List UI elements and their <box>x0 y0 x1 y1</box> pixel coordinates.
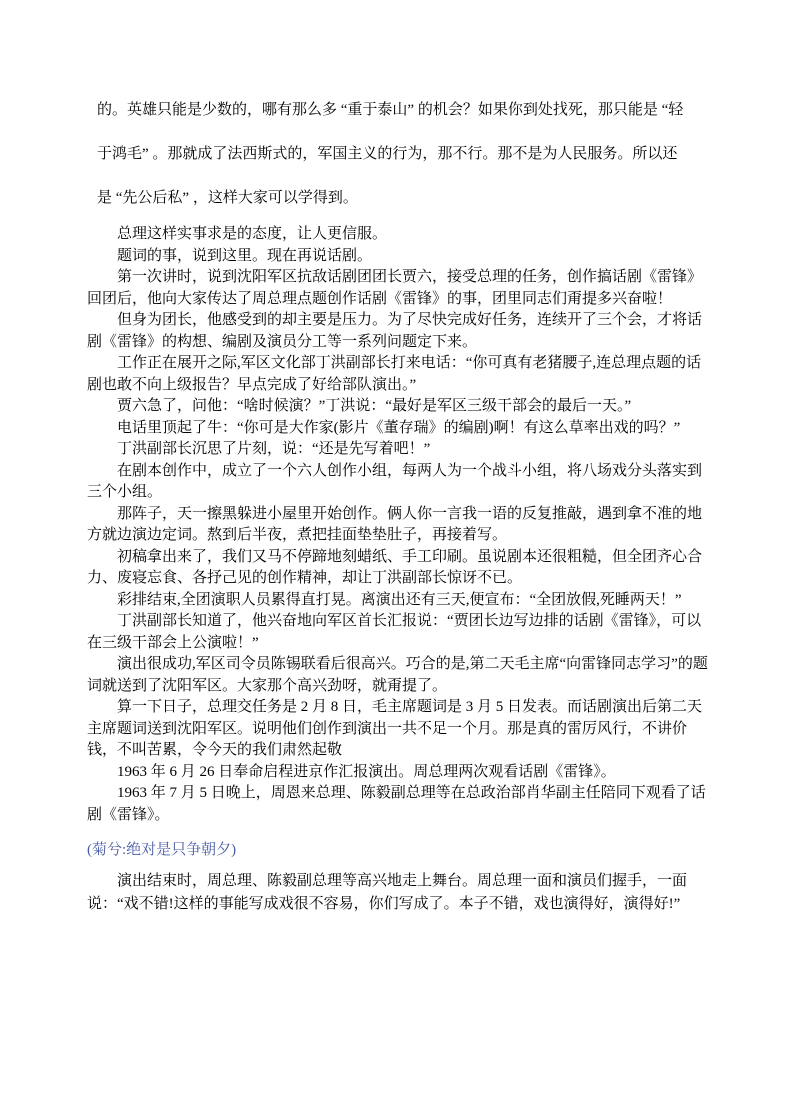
paragraph: 题词的事，说到这里。现在再说话剧。 <box>87 246 713 268</box>
paragraph: 工作正在展开之际,军区文化部丁洪副部长打来电话：“你可真有老猪腰子,连总理点题的… <box>87 353 713 396</box>
paragraph: 丁洪副部长沉思了片刻，说：“还是先写着吧！” <box>87 439 713 461</box>
paragraph: 算一下日子，总理交任务是 2 月 8 日，毛主席题词是 3 月 5 日发表。而话… <box>87 697 713 762</box>
paragraph: 演出很成功,军区司令员陈锡联看后很高兴。巧合的是,第二天毛主席“向雷锋同志学习”… <box>87 654 713 697</box>
paragraph: 在剧本创作中，成立了一个六人创作小组，每两人为一个战斗小组，将八场戏分头落实到三… <box>87 461 713 504</box>
paragraph: 初稿拿出来了，我们又马不停蹄地刻蜡纸、手工印刷。虽说剧本还很粗糙，但全团齐心合力… <box>87 547 713 590</box>
document-body: 的。英雄只能是少数的，哪有那么多 “重于泰山” 的机会？如果你到处找死，那只能是… <box>87 88 713 916</box>
caption-note: (菊兮:绝对是只争朝夕) <box>87 840 713 861</box>
paragraph: 电话里顶起了牛：“你可是大作家(影片《董存瑞》的编剧)啊！有这么草率出戏的吗？” <box>87 418 713 440</box>
paragraph: 1963 年 6 月 26 日奉命启程进京作汇报演出。周总理两次观看话剧《雷锋》… <box>87 762 713 784</box>
paragraph: 第一次讲时，说到沈阳军区抗敌话剧团团长贾六，接受总理的任务，创作搞话剧《雷锋》回… <box>87 267 713 310</box>
paragraph: 总理这样实事求是的态度，让人更信服。 <box>87 224 713 246</box>
paragraph: 那阵子，天一擦黑躲进小屋里开始创作。俩人你一言我一语的反复推敲，遇到拿不准的地方… <box>87 504 713 547</box>
paragraph: 贾六急了，问他：“啥时候演？”丁洪说：“最好是军区三级干部会的最后一天。” <box>87 396 713 418</box>
intro-paragraph: 的。英雄只能是少数的，哪有那么多 “重于泰山” 的机会？如果你到处找死，那只能是… <box>97 88 691 220</box>
paragraph: 但身为团长，他感受到的却主要是压力。为了尽快完成好任务，连续开了三个会，才将话剧… <box>87 310 713 353</box>
document-page: 的。英雄只能是少数的，哪有那么多 “重于泰山” 的机会？如果你到处找死，那只能是… <box>0 0 800 1100</box>
paragraph: 1963 年 7 月 5 日晚上，周恩来总理、陈毅副总理等在总政治部肖华副主任陪… <box>87 783 713 826</box>
paragraph: 丁洪副部长知道了，他兴奋地向军区首长汇报说：“贾团长边写边排的话剧《雷锋》，可以… <box>87 611 713 654</box>
closing-paragraph: 演出结束时，周总理、陈毅副总理等高兴地走上舞台。周总理一面和演员们握手，一面说：… <box>87 870 713 916</box>
paragraph: 彩排结束,全团演职人员累得直打晃。离演出还有三天,便宣布：“全团放假,死睡两天！… <box>87 590 713 612</box>
